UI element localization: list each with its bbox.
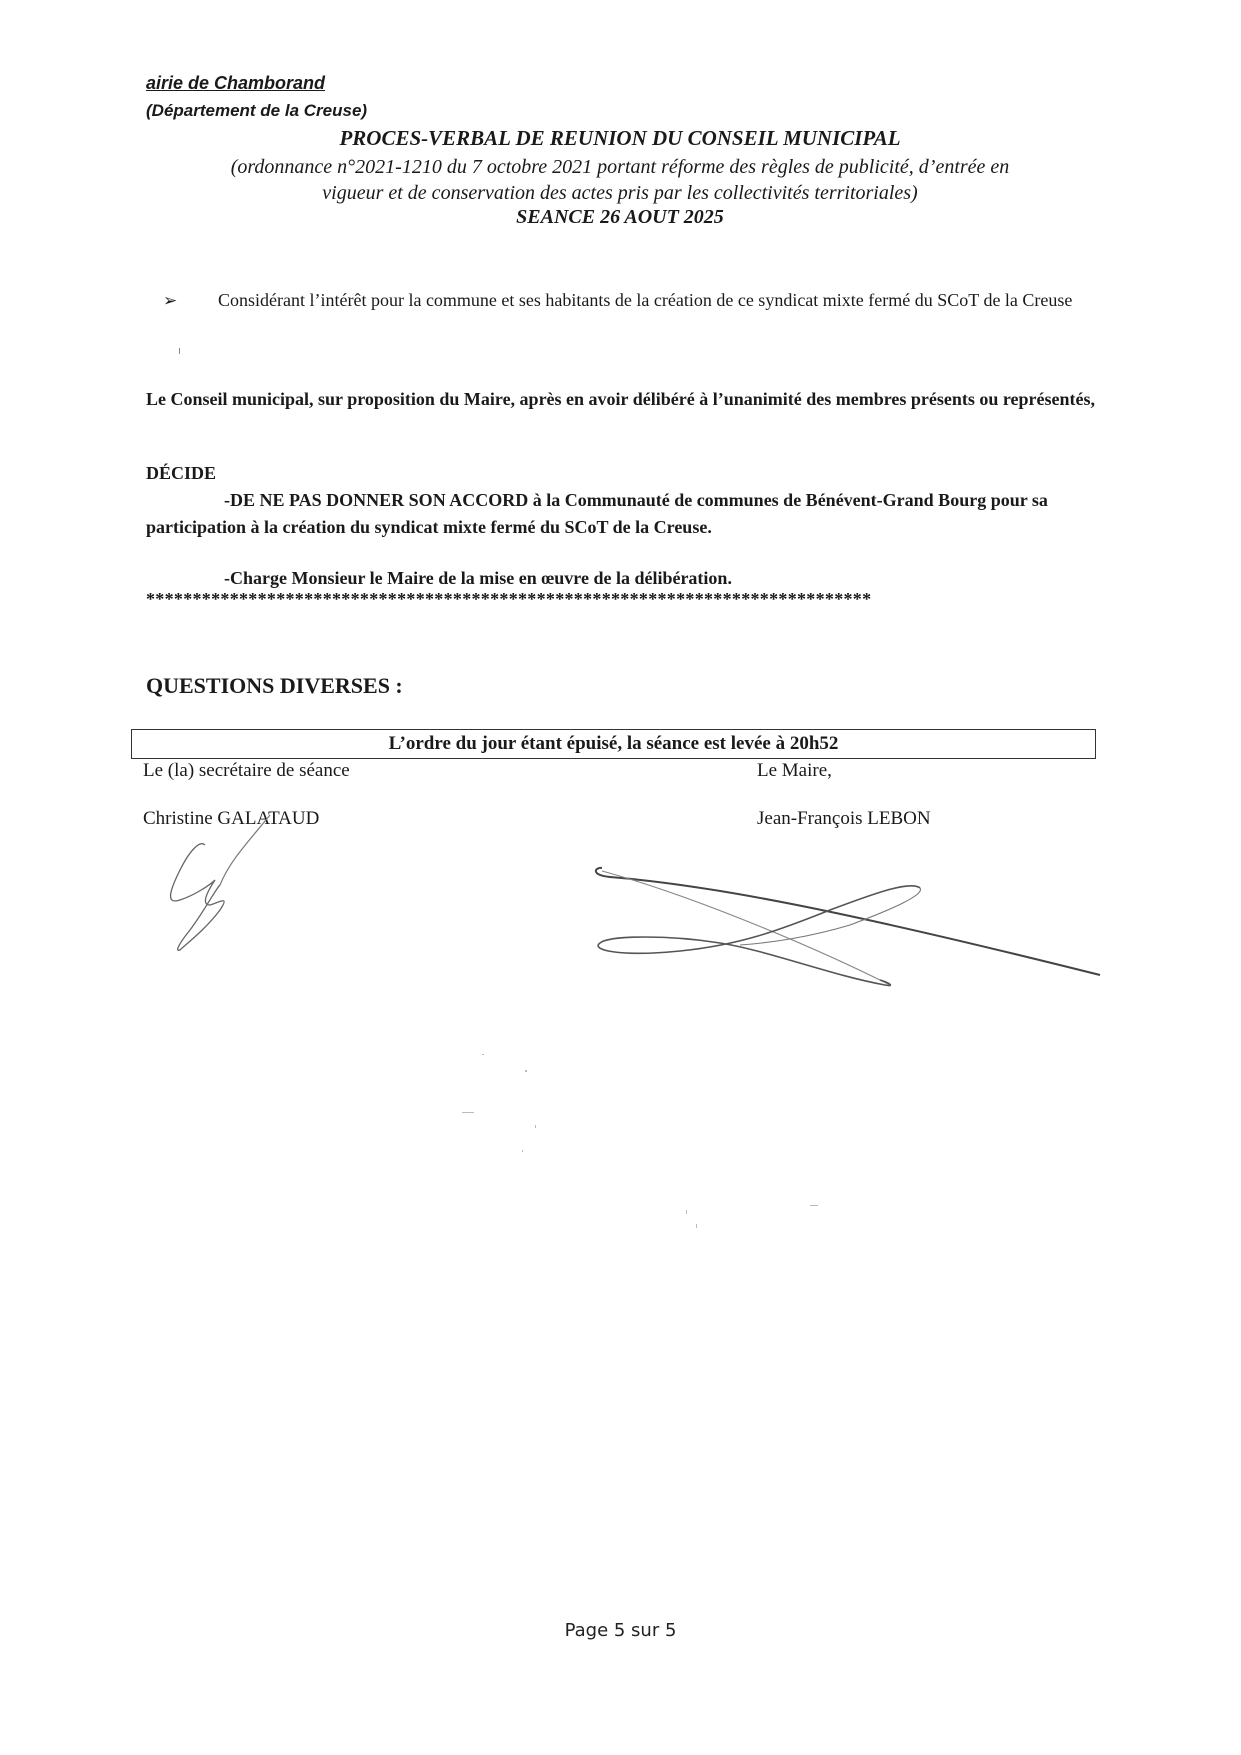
mayor-name: Jean-François LEBON: [757, 808, 931, 830]
arrow-bullet-icon: ➢: [163, 287, 218, 314]
mayor-signature: [590, 855, 1110, 1005]
secretary-name: Christine GALATAUD: [143, 808, 319, 830]
ordonnance-line-1: (ordonnance n°2021-1210 du 7 octobre 202…: [130, 154, 1110, 180]
mayor-label: Le Maire,: [757, 760, 832, 782]
document-title: PROCES-VERBAL DE REUNION DU CONSEIL MUNI…: [130, 126, 1110, 151]
organization-name: airie de Chamborand: [146, 73, 325, 94]
closing-statement: L’ordre du jour étant épuisé, la séance …: [131, 729, 1096, 759]
secretary-label: Le (la) secrétaire de séance: [143, 760, 350, 782]
ordonnance-reference: (ordonnance n°2021-1210 du 7 octobre 202…: [130, 154, 1110, 206]
scan-mark: [179, 348, 180, 354]
secretary-signature: [160, 810, 340, 960]
decision-item: -DE NE PAS DONNER SON ACCORD à la Commun…: [146, 487, 1096, 541]
seance-date: SEANCE 26 AOUT 2025: [130, 206, 1110, 229]
decide-label: DÉCIDE: [146, 463, 216, 484]
ordonnance-line-2: vigueur et de conservation des actes pri…: [130, 180, 1110, 206]
page-number: Page 5 sur 5: [0, 1620, 1241, 1641]
considerant-bullet: ➢ Considérant l’intérêt pour la commune …: [163, 287, 1093, 314]
decision-item: -Charge Monsieur le Maire de la mise en …: [146, 565, 1096, 592]
department-name: (Département de la Creuse): [146, 101, 367, 121]
separator-line: ****************************************…: [146, 589, 1106, 610]
considerant-text: Considérant l’intérêt pour la commune et…: [218, 287, 1072, 314]
questions-heading: QUESTIONS DIVERSES :: [146, 673, 403, 699]
deliberation-statement: Le Conseil municipal, sur proposition du…: [146, 386, 1096, 413]
